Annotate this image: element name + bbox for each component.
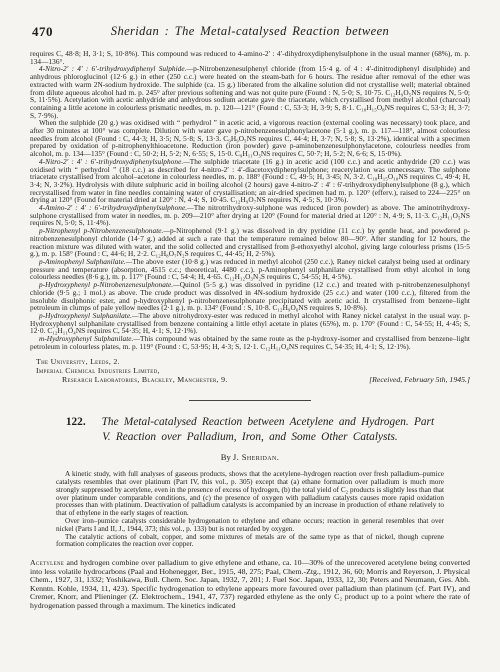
experimental-paragraph: p-Hydroxyphenyl p-Nitrobenzenesulphonate…	[30, 281, 470, 312]
paragraph-text: When the sulphide (20 g.) was oxidised w…	[30, 118, 470, 158]
spacer	[91, 416, 96, 428]
section-divider	[189, 400, 311, 401]
abstract-paragraph: The catalytic actions of cobalt, copper,…	[56, 534, 444, 550]
page-number: 470	[32, 24, 53, 40]
paragraph-text: requires C, 48·8; H, 3·1; S, 10·8%). Thi…	[30, 49, 470, 66]
experimental-paragraph: p-Hydroxyphenyl Sulphanilate.—The above …	[30, 312, 470, 335]
page-header: 470 Sheridan : The Metal-catalysed React…	[30, 24, 470, 42]
paragraph-text: and hydrogen combine over palladium to g…	[30, 558, 470, 610]
experimental-paragraph: m-Hydroxyphenyl Sulphanilate.—This compo…	[30, 335, 470, 350]
experimental-paragraph: 4-Nitro-2′ : 4′ : 6′-trihydroxydiphenyl …	[30, 65, 470, 119]
article-body: Acetylene and hydrogen combine over pall…	[30, 559, 470, 610]
paragraph-text: The sulphide triacetate (16 g.) in aceti…	[30, 157, 470, 205]
author-addresses: The University, Leeds, 2. Imperial Chemi…	[30, 358, 470, 384]
experimental-paragraph: p-Aminophenyl Sulphanilate.—The above es…	[30, 258, 470, 281]
abstract: A kinetic study, with full analyses of g…	[56, 471, 444, 549]
abstract-paragraph: Over iron–pumice catalysts considerable …	[56, 518, 444, 534]
paragraph-text: p-Nitrobenzenesulphenyl chloride (from 1…	[30, 64, 470, 119]
body-paragraph: Acetylene and hydrogen combine over pall…	[30, 559, 470, 610]
article-title: The Metal-catalysed Reaction between Ace…	[102, 416, 434, 443]
byline-prefix: By	[221, 452, 233, 462]
abstract-paragraph: A kinetic study, with full analyses of g…	[56, 471, 444, 518]
experimental-paragraph: 4-Amino-2′ : 4′ : 6′-trihydroxydiphenyls…	[30, 204, 470, 227]
article-title-block: 122. The Metal-catalysed Reaction betwee…	[60, 415, 440, 444]
author-name: J. Sheridan.	[233, 452, 279, 462]
experimental-section: requires C, 48·8; H, 3·1; S, 10·8%). Thi…	[30, 50, 470, 350]
received-date: [Received, February 5th, 1945.]	[369, 376, 470, 385]
experimental-paragraph: requires C, 48·8; H, 3·1; S, 10·8%). Thi…	[30, 50, 470, 65]
article-number: 122.	[66, 416, 86, 428]
running-title: Sheridan : The Metal-catalysed Reaction …	[30, 24, 470, 39]
byline: By J. Sheridan.	[30, 452, 470, 462]
experimental-paragraph: p-Nitrophenyl p-Nitrobenzenesulphonate.—…	[30, 227, 470, 258]
experimental-paragraph: 4-Nitro-2′ : 4′ : 6′-trihydroxydiphenyls…	[30, 158, 470, 204]
journal-page: 470 Sheridan : The Metal-catalysed React…	[0, 0, 500, 610]
experimental-paragraph: When the sulphide (20 g.) was oxidised w…	[30, 119, 470, 158]
